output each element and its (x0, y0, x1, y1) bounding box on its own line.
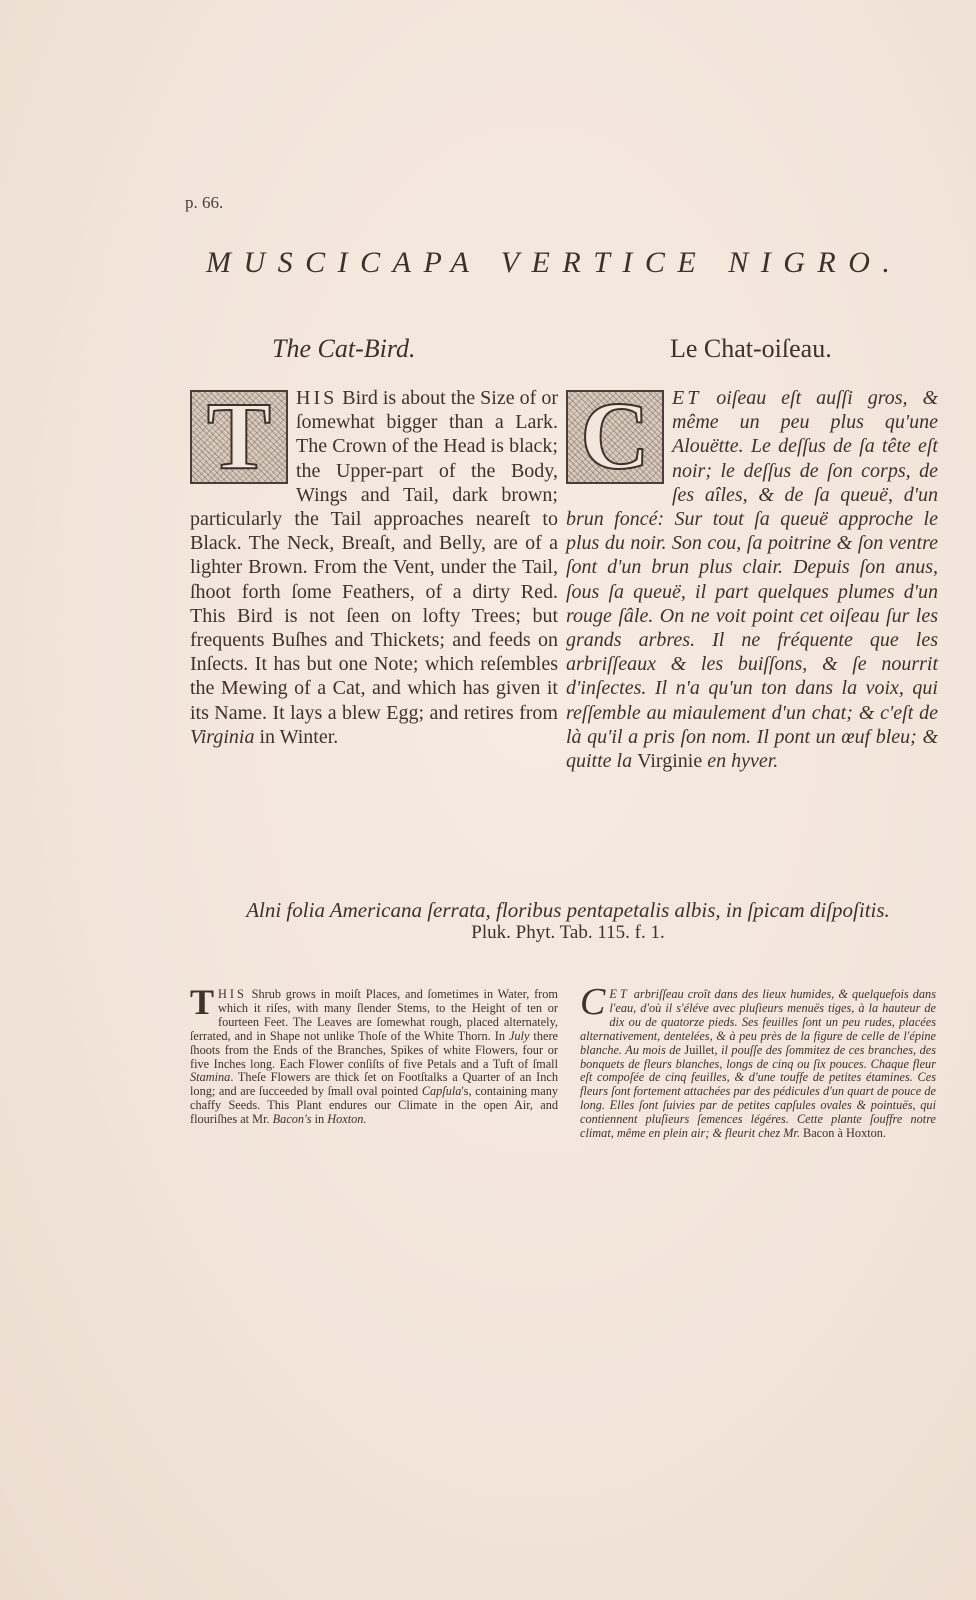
place-name: Bacon à Hoxton. (803, 1126, 886, 1140)
body-text: in Winter. (254, 726, 338, 748)
english-plant-description: THIS Shrub grows in moiſt Places, and ſo… (190, 988, 558, 1127)
month-name: July (509, 1029, 529, 1043)
book-page: p. 66. MUSCICAPA VERTICE NIGRO. The Cat-… (0, 0, 976, 1600)
place-name: Virginia (190, 726, 254, 748)
caps-start: HIS (296, 387, 337, 409)
place-name: Hoxton. (327, 1112, 366, 1126)
person-name: Bacon's (273, 1112, 312, 1126)
decorated-initial-t-icon: T (190, 390, 288, 484)
caps-start: ET (609, 987, 629, 1001)
dropcap-letter: C (568, 386, 662, 486)
english-bird-description: T HIS Bird is about the Size of or ſomew… (190, 386, 558, 749)
page-number: p. 66. (185, 193, 223, 213)
french-bird-description: C ET oiſeau eſt auſſi gros, & même un pe… (566, 386, 938, 773)
dropcap-letter: T (192, 386, 286, 486)
body-text: in (312, 1112, 328, 1126)
plant-title: Alni folia Americana ſerrata, floribus p… (208, 898, 928, 923)
caps-start: ET (672, 387, 701, 409)
latin-term: Capſula (422, 1084, 462, 1098)
english-heading: The Cat-Bird. (272, 334, 415, 364)
body-text: en hyver. (702, 750, 778, 772)
dropcap-letter: T (190, 988, 214, 1016)
latin-term: Stamina (190, 1070, 230, 1084)
decorated-initial-c-icon: C (566, 390, 664, 484)
french-plant-description: CET arbriſſeau croît dans des lieux humi… (580, 988, 936, 1141)
place-name: Virginie (637, 750, 702, 772)
caps-start: HIS (218, 987, 247, 1001)
french-heading: Le Chat-oiſeau. (670, 334, 832, 364)
plant-reference: Pluk. Phyt. Tab. 115. f. 1. (208, 922, 928, 944)
page-title: MUSCICAPA VERTICE NIGRO. (206, 246, 936, 280)
dropcap-letter: C (580, 988, 605, 1016)
month-name: Juillet (684, 1043, 714, 1057)
